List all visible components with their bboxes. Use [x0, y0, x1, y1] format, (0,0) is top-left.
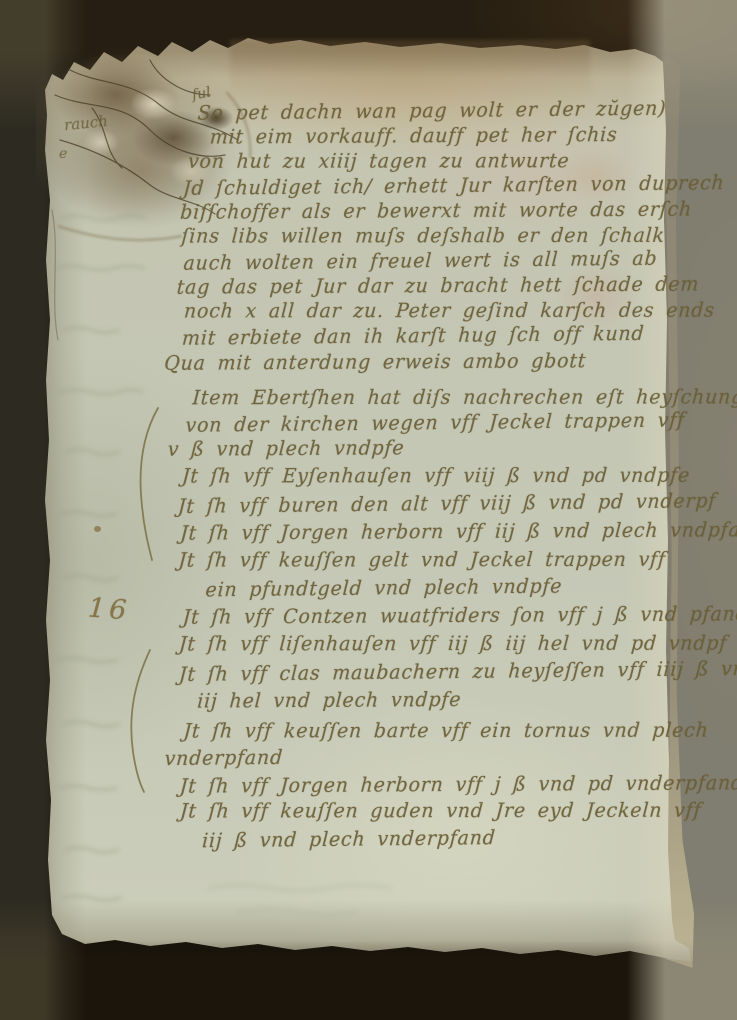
manuscript-line: mit eim vorkauff. dauff pet her ſchis	[209, 123, 618, 148]
manuscript-line: auch wolten ein freuel wert is all muſs …	[183, 247, 658, 275]
manuscript-line: v ß vnd plech vndpfe	[167, 437, 405, 461]
manuscript-line: noch x all dar zu. Peter geſind karſch d…	[183, 299, 715, 323]
manuscript-text-block: So pet dachn wan pag wolt er der zŭgen)m…	[156, 98, 681, 881]
manuscript-line: Jt ſh vff buren den alt vff viij ß vnd p…	[177, 490, 716, 519]
manuscript-line: biſſchoffer als er bewerxt mit worte das…	[180, 198, 693, 224]
manuscript-line: ſins libs willen muſs deſshalb er den ſc…	[181, 224, 666, 248]
manuscript-line: Jd ſchuldiget ich/ erhett Jur karſten vo…	[182, 171, 725, 200]
manuscript-line: Jt ſh vff Contzen wuatfriders ſon vff j …	[182, 603, 737, 629]
manuscript-line: Jt ſh vff Eyſenhauſen vff viij ß vnd pd …	[181, 464, 691, 488]
margin-letter: e	[59, 146, 67, 162]
manuscript-line: So pet dachn wan pag wolt er der zŭgen)	[197, 97, 667, 125]
manuscript-line: Jt ſh vff keuſſen barte vff ein tornus v…	[183, 719, 710, 743]
manuscript-line: ein pfundtgeld vnd plech vndpfe	[205, 575, 563, 602]
manuscript-line: Item Ebertſhen hat diſs nachrechen eſt h…	[192, 386, 737, 410]
manuscript-line: Qua mit anterdung erweis ambo gbott	[163, 350, 586, 375]
manuscript-line: iij ß vnd plech vnderpfand	[201, 826, 496, 852]
manuscript-line: Jt ſh vff keuſſen guden vnd Jre eyd Jeck…	[179, 799, 702, 823]
manuscript-line: Jt ſh vff keuſſen gelt vnd Jeckel trappe…	[178, 548, 667, 572]
manuscript-line: von der kirchen wegen vff Jeckel trappen…	[185, 409, 686, 437]
folio-number: 16	[87, 593, 131, 627]
manuscript-line: mit erbiete dan ih karſt hug ſch off kun…	[181, 322, 645, 350]
photograph-stage: So pet dachn wan pag wolt er der zŭgen)m…	[0, 0, 737, 1020]
insertion-mark: ful	[191, 84, 212, 103]
manuscript-line: Jt ſh vff Jorgen herborn vff j ß vnd pd …	[179, 772, 737, 798]
manuscript-line: Jt ſh vff Jorgen herborn vff iij ß vnd p…	[180, 518, 737, 544]
manuscript-line: von hut zu xiiij tagen zu antwurte	[187, 149, 570, 172]
manuscript-line: tag das pet Jur dar zu bracht hett ſchad…	[176, 273, 700, 299]
manuscript-line: vnderpfand	[164, 746, 284, 770]
manuscript-line: Jt ſh vff liſenhauſen vff iij ß iij hel …	[178, 632, 728, 656]
manuscript-line: iij hel vnd plech vndpfe	[197, 688, 462, 713]
manuscript-line: Jt ſh vff clas maubachern zu heyſeſſen v…	[178, 657, 737, 686]
